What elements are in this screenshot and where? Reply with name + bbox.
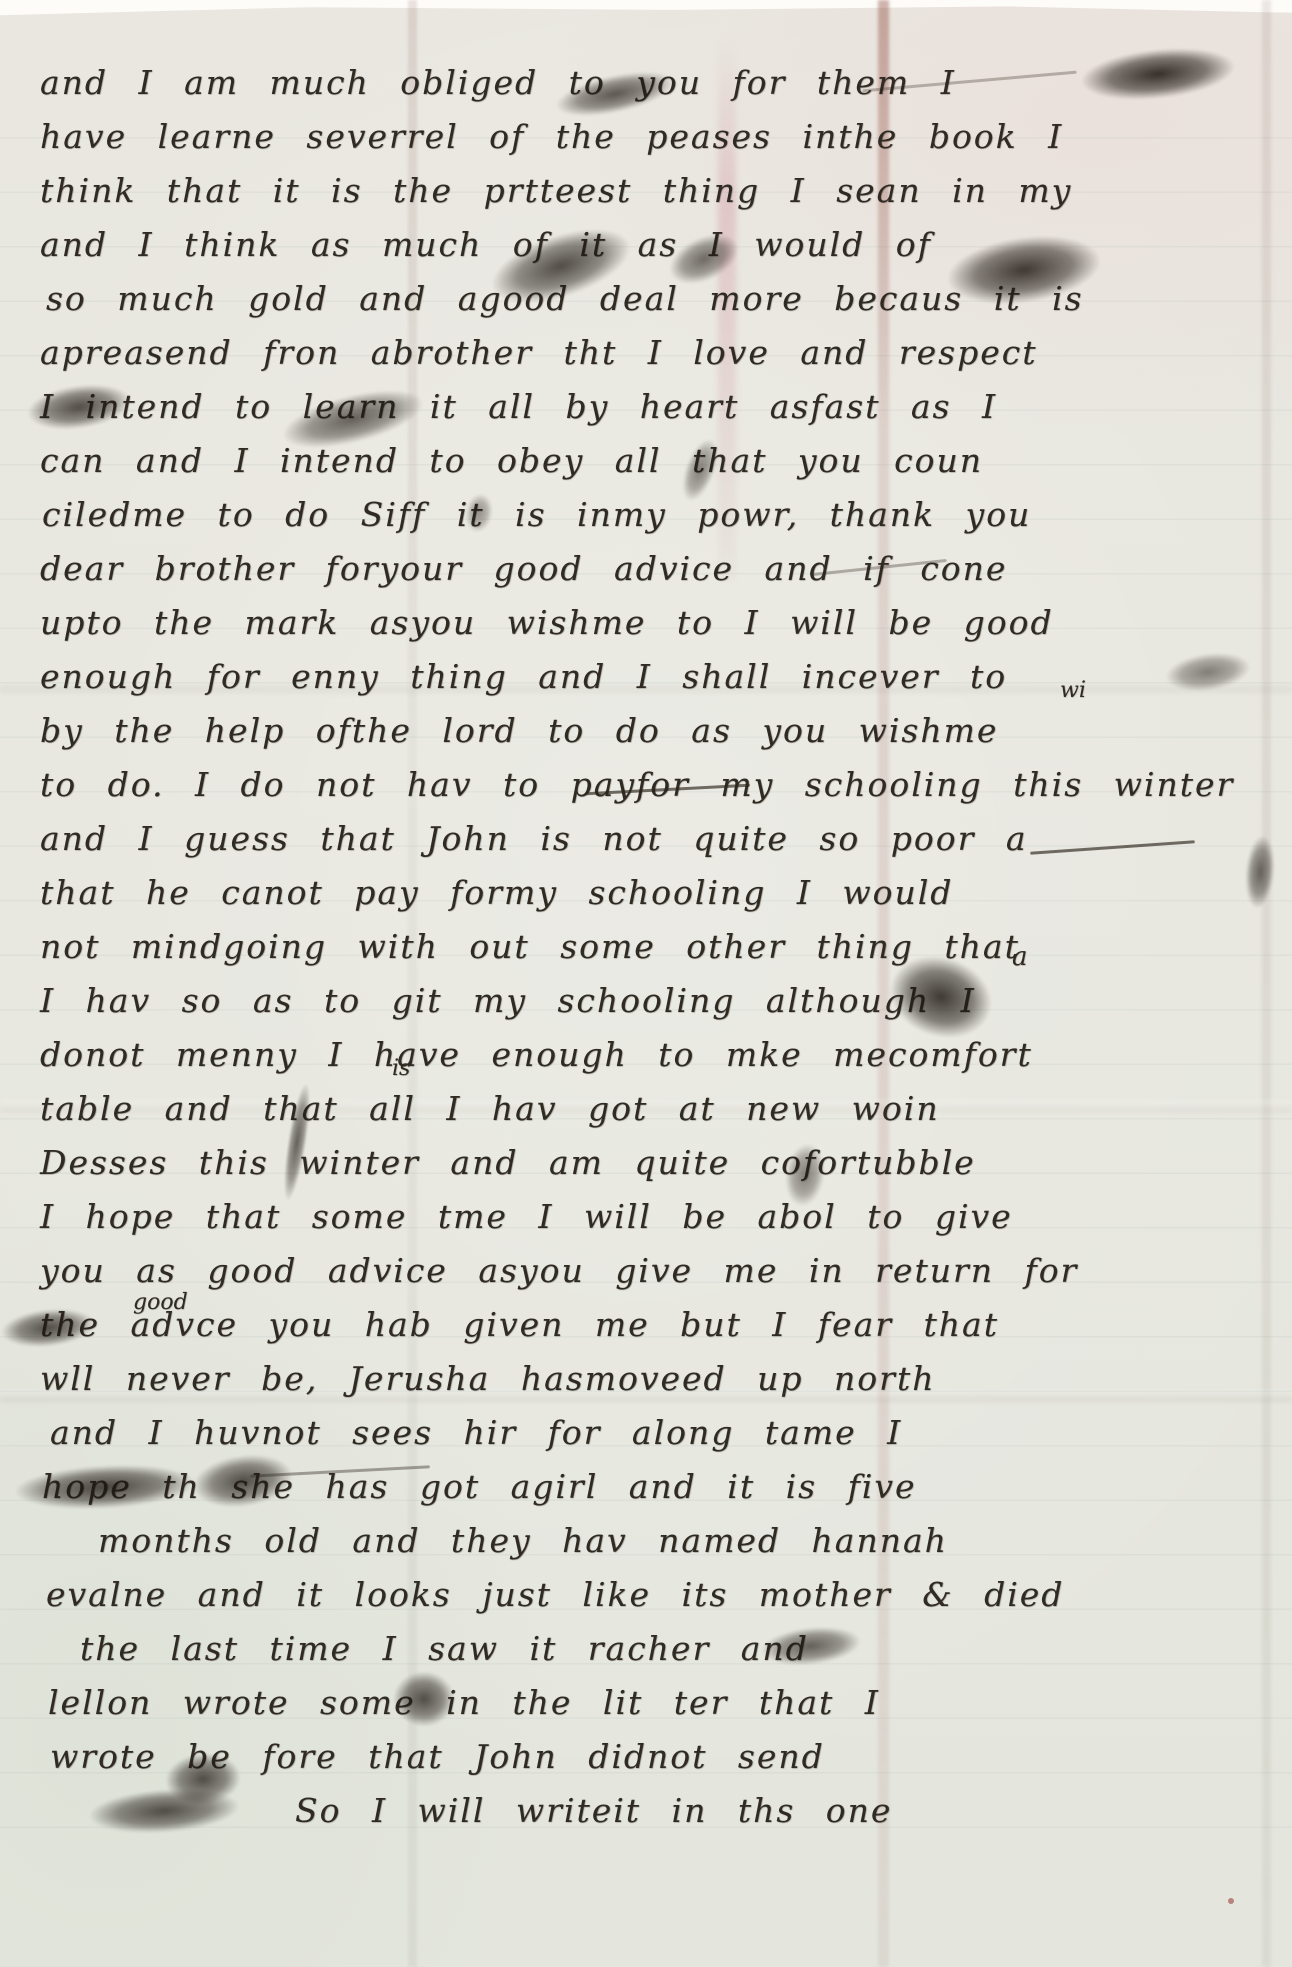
handwritten-line: the advce you hab given me but I fear th… (40, 1298, 1278, 1352)
handwritten-line: to do. I do not hav to payfor my schooli… (40, 758, 1278, 812)
handwritten-line: upto the mark asyou wishme to I will be … (40, 596, 1278, 650)
handwritten-line: you as good advice asyou give me in retu… (40, 1244, 1278, 1298)
handwritten-line: and I huvnot sees hir for along tame I (50, 1406, 1278, 1460)
letter-scan-page: and I am much obliged to you for them Ih… (0, 0, 1292, 1967)
inserted-word: wi (1060, 678, 1086, 703)
handwritten-line: by the help ofthe lord to do as you wish… (40, 704, 1278, 758)
handwritten-line: that he canot pay formy schooling I woul… (40, 866, 1278, 920)
letter-body: and I am much obliged to you for them Ih… (40, 56, 1278, 1838)
handwritten-line: so much gold and agood deal more becaus … (46, 272, 1278, 326)
handwritten-line: dear brother foryour good advice and if … (40, 542, 1278, 596)
handwritten-line: not mindgoing with out some other thing … (40, 920, 1278, 974)
handwritten-line: think that it is the prtteest thing I se… (40, 164, 1278, 218)
handwritten-line: wrote be fore that John didnot send (50, 1730, 1278, 1784)
handwritten-line: can and I intend to obey all that you co… (40, 434, 1278, 488)
handwritten-line: So I will writeit in ths one (295, 1784, 1278, 1838)
handwritten-line: table and that all I hav got at new woin (40, 1082, 1278, 1136)
handwritten-line: and I guess that John is not quite so po… (40, 812, 1278, 866)
inserted-word: is (392, 1056, 410, 1081)
handwritten-line: donot menny I have enough to mke mecomfo… (40, 1028, 1278, 1082)
handwritten-line: Desses this winter and am quite cofortub… (40, 1136, 1278, 1190)
handwritten-line: ciledme to do Siff it is inmy powr, than… (42, 488, 1278, 542)
inserted-word: a (1012, 942, 1028, 972)
scanner-edge (0, 0, 1292, 16)
handwritten-line: and I am much obliged to you for them I (40, 56, 1278, 110)
handwritten-line: wll never be, Jerusha hasmoveed up north (40, 1352, 1278, 1406)
handwritten-line: lellon wrote some in the lit ter that I (48, 1676, 1278, 1730)
handwritten-line: the last time I saw it racher and (80, 1622, 1278, 1676)
inserted-word: good (133, 1290, 188, 1315)
handwritten-line: enough for enny thing and I shall inceve… (40, 650, 1278, 704)
handwritten-line: evalne and it looks just like its mother… (46, 1568, 1278, 1622)
handwritten-line: apreasend fron abrother tht I love and r… (40, 326, 1278, 380)
handwritten-line: I intend to learn it all by heart asfast… (40, 380, 1278, 434)
handwritten-line: hope th she has got agirl and it is five (42, 1460, 1278, 1514)
red-speck (1228, 1898, 1234, 1904)
handwritten-line: months old and they hav named hannah (98, 1514, 1278, 1568)
handwritten-line: have learne severrel of the peases inthe… (40, 110, 1278, 164)
handwritten-line: I hav so as to git my schooling although… (40, 974, 1278, 1028)
handwritten-line: I hope that some tme I will be abol to g… (40, 1190, 1278, 1244)
handwritten-line: and I think as much of it as I would of (40, 218, 1278, 272)
